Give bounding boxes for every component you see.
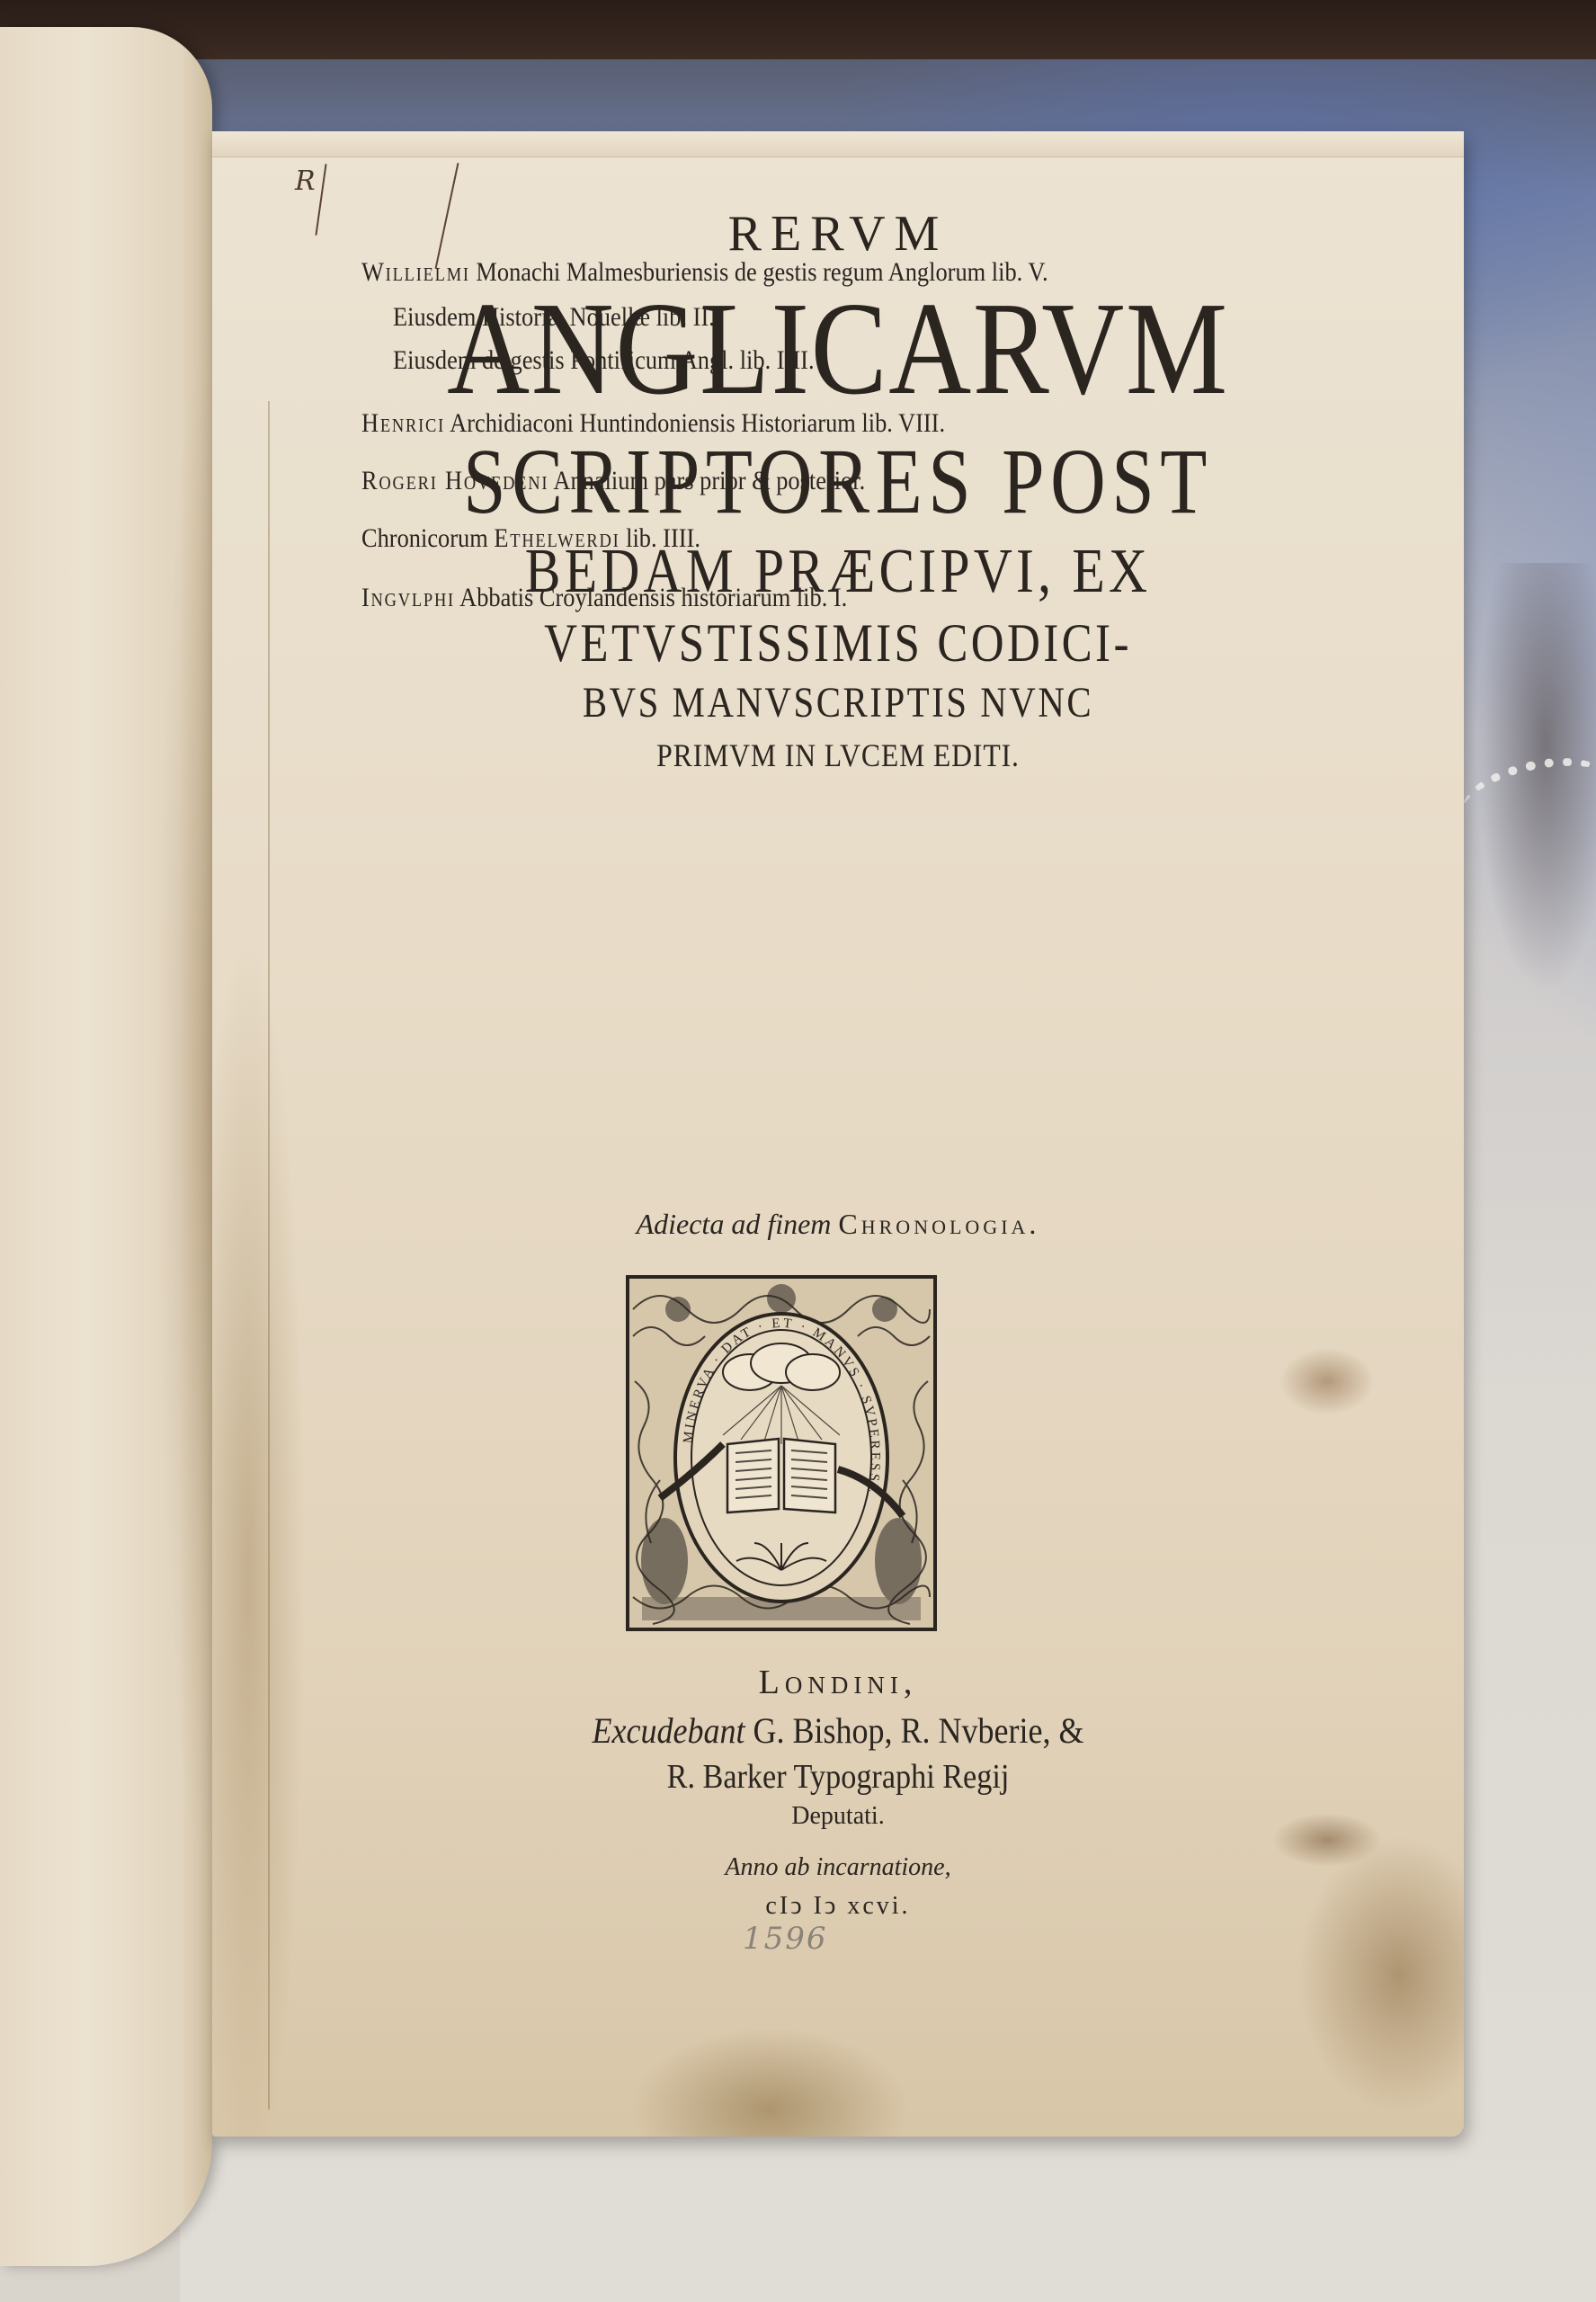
work-text: Abbatis Croylandensis historiarum lib. I… <box>459 583 847 612</box>
appendix-line: Adiecta ad finem Chronologia. <box>212 1208 1464 1241</box>
author-name: Ingvlphi <box>361 583 455 612</box>
work-prefix: Chronicorum <box>361 523 488 553</box>
title-page: R RERVM ANGLICARVM SCRIPTORES POST BEDAM… <box>212 131 1464 2137</box>
author-name: Ethelwerdi <box>494 523 620 553</box>
title-line-6: BVS MANVSCRIPTIS NVNC <box>306 678 1369 727</box>
title-line-1: RERVM <box>212 205 1464 263</box>
work-item: Ingvlphi Abbatis Croylandensis historiar… <box>361 583 847 613</box>
author-name: Willielmi <box>361 257 470 287</box>
page-top-edge <box>212 131 1464 157</box>
work-item: Henrici Archidiaconi Huntindoniensis His… <box>361 408 945 439</box>
title-line-5: VETVSTISSIMIS CODICI- <box>306 612 1369 674</box>
woodcut-illustration: MINERVA · DAT · ET · MANVS · SVPERESSE <box>624 1273 939 1633</box>
printers-device-woodcut: MINERVA · DAT · ET · MANVS · SVPERESSE <box>624 1273 939 1633</box>
author-name: Henrici <box>361 408 445 438</box>
imprint-anno: Anno ab incarnatione, <box>212 1853 1464 1882</box>
work-text: lib. IIII. <box>626 523 700 553</box>
pencil-year-annotation: 1596 <box>743 1921 828 1957</box>
imprint-place: Londini, <box>212 1663 1464 1702</box>
imprint-printers: Excudebant G. Bishop, R. Nvberie, & <box>275 1709 1402 1752</box>
work-item: Chronicorum Ethelwerdi lib. IIII. <box>361 523 700 554</box>
work-text: Archidiaconi Huntindoniensis Historiarum… <box>450 408 945 438</box>
appendix-smallcaps: Chronologia. <box>838 1208 1039 1240</box>
imprint-excudebant: Excudebant <box>593 1710 745 1751</box>
imprint-printers-line-2: R. Barker Typographi Regij <box>275 1757 1402 1797</box>
work-item: Rogeri Hovedeni Annalium pars prior & po… <box>361 466 865 496</box>
work-item: Eiusdem Historiæ Nouellæ lib. II. <box>393 302 715 333</box>
work-text: Eiusdem de gestis Pontificum Angl. lib. … <box>393 345 815 375</box>
work-item: Eiusdem de gestis Pontificum Angl. lib. … <box>393 345 815 376</box>
left-verso-page <box>0 27 212 2266</box>
work-text: Annalium pars prior & posterior. <box>553 466 865 495</box>
imprint-deputati: Deputati. <box>212 1802 1464 1831</box>
imprint-date: cIↄ Iↄ xcvi. <box>212 1892 1464 1921</box>
imprint-printers-names: G. Bishop, R. Nvberie, & <box>753 1710 1083 1751</box>
handwritten-mark: R <box>295 165 316 197</box>
title-line-7: PRIMVM IN LVCEM EDITI. <box>288 736 1389 774</box>
work-text: Monachi Malmesburiensis de gestis regum … <box>476 257 1048 287</box>
work-text: Eiusdem Historiæ Nouellæ lib. II. <box>393 302 715 332</box>
work-item: Willielmi Monachi Malmesburiensis de ges… <box>361 257 1048 288</box>
appendix-italic: Adiecta ad finem <box>637 1208 832 1240</box>
author-name: Rogeri Hovedeni <box>361 466 548 495</box>
